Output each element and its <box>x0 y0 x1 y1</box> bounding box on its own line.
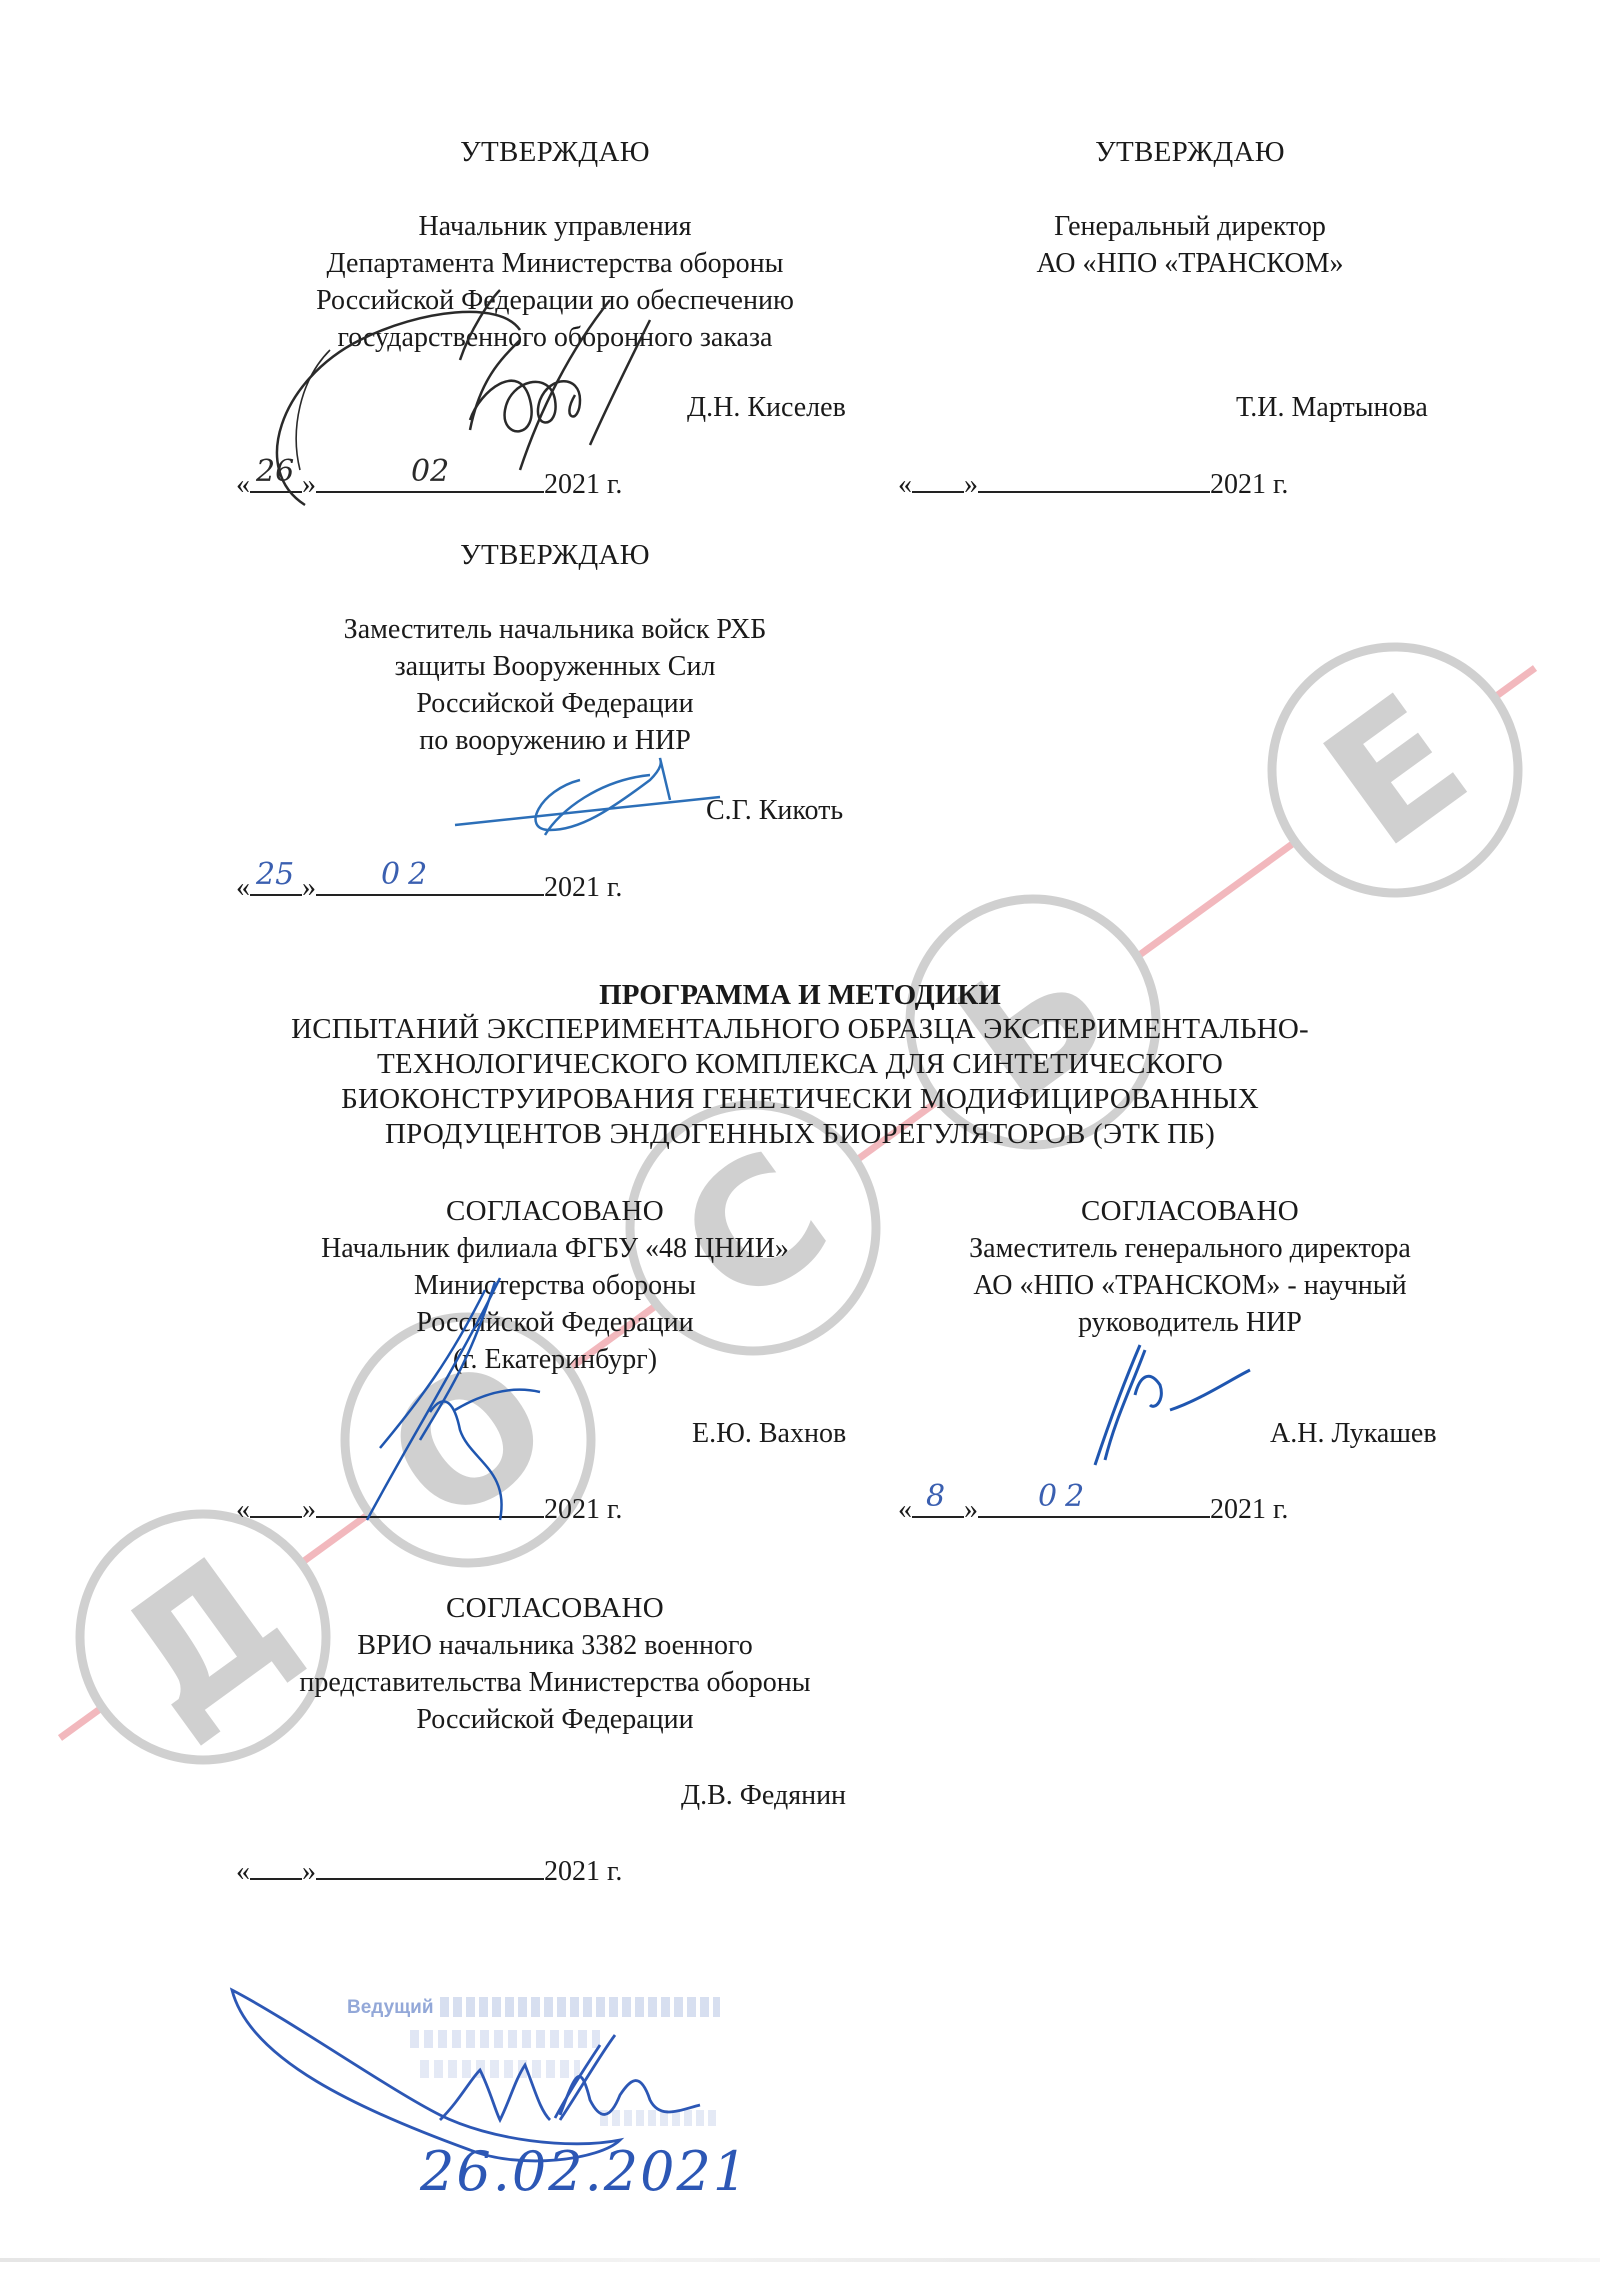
agreement-heading: СОГЛАСОВАНО <box>230 1590 880 1627</box>
signatory-name: Е.Ю. Вахнов <box>692 1418 846 1450</box>
position-line: Генеральный директор <box>880 208 1500 245</box>
date-year: 2021 г. <box>544 872 622 903</box>
position-line: Российской Федерации <box>230 685 880 722</box>
position-line: Министерства обороны <box>230 1267 880 1304</box>
signatory-name: Д.В. Федянин <box>681 1780 846 1812</box>
approval-block-2: УТВЕРЖДАЮ Генеральный директор АО «НПО «… <box>880 134 1500 282</box>
stamp-illegible-text <box>440 1997 720 2017</box>
position-line: защиты Вооруженных Сил <box>230 648 880 685</box>
stamp-handwritten-date: 26.02.2021 <box>420 2140 749 2203</box>
approval-heading: УТВЕРЖДАЮ <box>230 537 880 574</box>
handwritten-day: 26 <box>256 454 294 489</box>
agreement-block-3: СОГЛАСОВАНО ВРИО начальника 3382 военног… <box>230 1590 880 1738</box>
position-line: АО «НПО «ТРАНСКОМ» <box>880 245 1500 282</box>
handwritten-day: 25 <box>256 857 294 892</box>
agreement-heading: СОГЛАСОВАНО <box>880 1193 1500 1230</box>
date-line: «26»022021 г. <box>236 465 622 501</box>
date-year: 2021 г. <box>1210 1494 1288 1525</box>
position-line: Начальник филиала ФГБУ «48 ЦНИИ» <box>230 1230 880 1267</box>
signatory-name: С.Г. Кикоть <box>706 795 843 827</box>
approval-heading: УТВЕРЖДАЮ <box>230 134 880 171</box>
position-line: Российской Федерации <box>230 1304 880 1341</box>
date-year: 2021 г. <box>1210 469 1288 500</box>
date-line: «8»022021 г. <box>898 1490 1288 1526</box>
date-line: «25»022021 г. <box>236 868 622 904</box>
date-line: «»2021 г. <box>236 1852 622 1888</box>
title-line: ТЕХНОЛОГИЧЕСКОГО КОМПЛЕКСА ДЛЯ СИНТЕТИЧЕ… <box>0 1047 1600 1082</box>
date-year: 2021 г. <box>544 1856 622 1887</box>
signatory-name: А.Н. Лукашев <box>1270 1418 1437 1450</box>
position-line: Заместитель начальника войск РХБ <box>230 611 880 648</box>
position-line: руководитель НИР <box>880 1304 1500 1341</box>
date-year: 2021 г. <box>544 469 622 500</box>
title-main: ПРОГРАММА И МЕТОДИКИ <box>0 978 1600 1012</box>
approval-block-1: УТВЕРЖДАЮ Начальник управления Департаме… <box>230 134 880 356</box>
scan-edge <box>0 2258 1600 2262</box>
position-line: Заместитель генерального директора <box>880 1230 1500 1267</box>
position-line: представительства Министерства обороны <box>230 1664 880 1701</box>
stamp-illegible-text <box>410 2030 600 2048</box>
handwritten-month: 02 <box>381 857 435 892</box>
position-line: Начальник управления <box>230 208 880 245</box>
agreement-block-1: СОГЛАСОВАНО Начальник филиала ФГБУ «48 Ц… <box>230 1193 880 1378</box>
stamp-illegible-text <box>420 2060 580 2078</box>
position-line: АО «НПО «ТРАНСКОМ» - научный <box>880 1267 1500 1304</box>
date-line: «»2021 г. <box>236 1490 622 1526</box>
signatory-name: Т.И. Мартынова <box>1236 392 1428 424</box>
position-line: Департамента Министерства обороны <box>230 245 880 282</box>
position-line: государственного оборонного заказа <box>230 319 880 356</box>
document-title: ПРОГРАММА И МЕТОДИКИ ИСПЫТАНИЙ ЭКСПЕРИМЕ… <box>0 978 1600 1152</box>
position-line: Российской Федерации <box>230 1701 880 1738</box>
stamp-illegible-text <box>600 2110 720 2126</box>
position-line: ВРИО начальника 3382 военного <box>230 1627 880 1664</box>
agreement-block-2: СОГЛАСОВАНО Заместитель генерального дир… <box>880 1193 1500 1341</box>
date-line: «»2021 г. <box>898 465 1288 501</box>
title-line: БИОКОНСТРУИРОВАНИЯ ГЕНЕТИЧЕСКИ МОДИФИЦИР… <box>0 1082 1600 1117</box>
position-line: по вооружению и НИР <box>230 722 880 759</box>
approval-block-3: УТВЕРЖДАЮ Заместитель начальника войск Р… <box>230 537 880 759</box>
agreement-heading: СОГЛАСОВАНО <box>230 1193 880 1230</box>
handwritten-month: 02 <box>1038 1479 1092 1514</box>
handwritten-month: 02 <box>411 454 449 489</box>
position-line: Российской Федерации по обеспечению <box>230 282 880 319</box>
signatory-name: Д.Н. Киселев <box>687 392 846 424</box>
date-year: 2021 г. <box>544 1494 622 1525</box>
position-line: (г. Екатеринбург) <box>230 1341 880 1378</box>
stamp-text: Ведущий <box>347 1997 434 2019</box>
handwritten-day: 8 <box>926 1479 945 1514</box>
title-line: ИСПЫТАНИЙ ЭКСПЕРИМЕНТАЛЬНОГО ОБРАЗЦА ЭКС… <box>0 1012 1600 1047</box>
approval-heading: УТВЕРЖДАЮ <box>880 134 1500 171</box>
title-line: ПРОДУЦЕНТОВ ЭНДОГЕННЫХ БИОРЕГУЛЯТОРОВ (Э… <box>0 1117 1600 1152</box>
document-page: УТВЕРЖДАЮ Начальник управления Департаме… <box>0 0 1600 2274</box>
